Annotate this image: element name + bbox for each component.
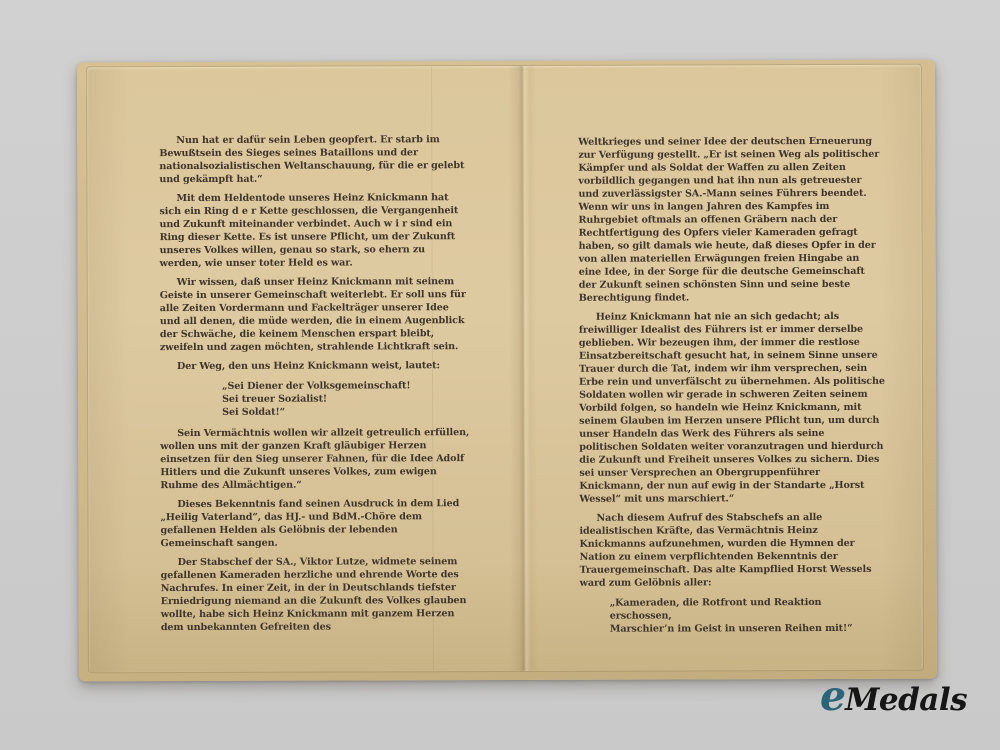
left-page-paragraph-1: Nun hat er dafür sein Leben geopfert. Er… [159, 133, 469, 186]
right-page-paragraph-1: Weltkrieges und seiner Idee der deutsche… [578, 135, 885, 305]
right-page-paragraph-2: Heinz Knickmann hat nie an sich gedacht;… [579, 310, 886, 506]
center-fold-gutter [508, 66, 538, 671]
left-page-paragraph-2: Mit dem Heldentode unseres Heinz Knickma… [159, 191, 469, 270]
emedals-watermark: eMedals [820, 677, 967, 718]
open-booklet: Nun hat er dafür sein Leben geopfert. Er… [77, 60, 937, 682]
left-page-text: Nun hat er dafür sein Leben geopfert. Er… [159, 133, 471, 640]
left-page-paragraph-7: Der Stabschef der SA., Viktor Lutze, wid… [161, 555, 471, 634]
emedals-logo-e: e [820, 677, 845, 715]
left-page-paragraph-3: Wir wissen, daß unser Heinz Knickmann mi… [160, 275, 470, 354]
photo-background: Nun hat er dafür sein Leben geopfert. Er… [0, 0, 1000, 750]
right-page-paragraph-3: Nach diesem Aufruf des Stabschefs an all… [579, 511, 885, 590]
emedals-logo-text: Medals [845, 682, 967, 718]
page-spread: Nun hat er dafür sein Leben geopfert. Er… [87, 65, 923, 673]
right-page-text: Weltkrieges und seiner Idee der deutsche… [578, 135, 886, 644]
left-page-verse-quote: „Sei Diener der Volksgemeinschaft! Sei t… [222, 379, 470, 419]
left-page-paragraph-5: Sein Vermächtnis wollen wir allzeit getr… [160, 426, 470, 492]
right-page-verse-quote: „Kameraden, die Rotfront und Reaktion er… [610, 596, 886, 636]
left-page-paragraph-4: Der Weg, den uns Heinz Knickmann weist, … [160, 359, 470, 373]
left-page-paragraph-6: Dieses Bekenntnis fand seinen Ausdruck i… [160, 497, 470, 550]
